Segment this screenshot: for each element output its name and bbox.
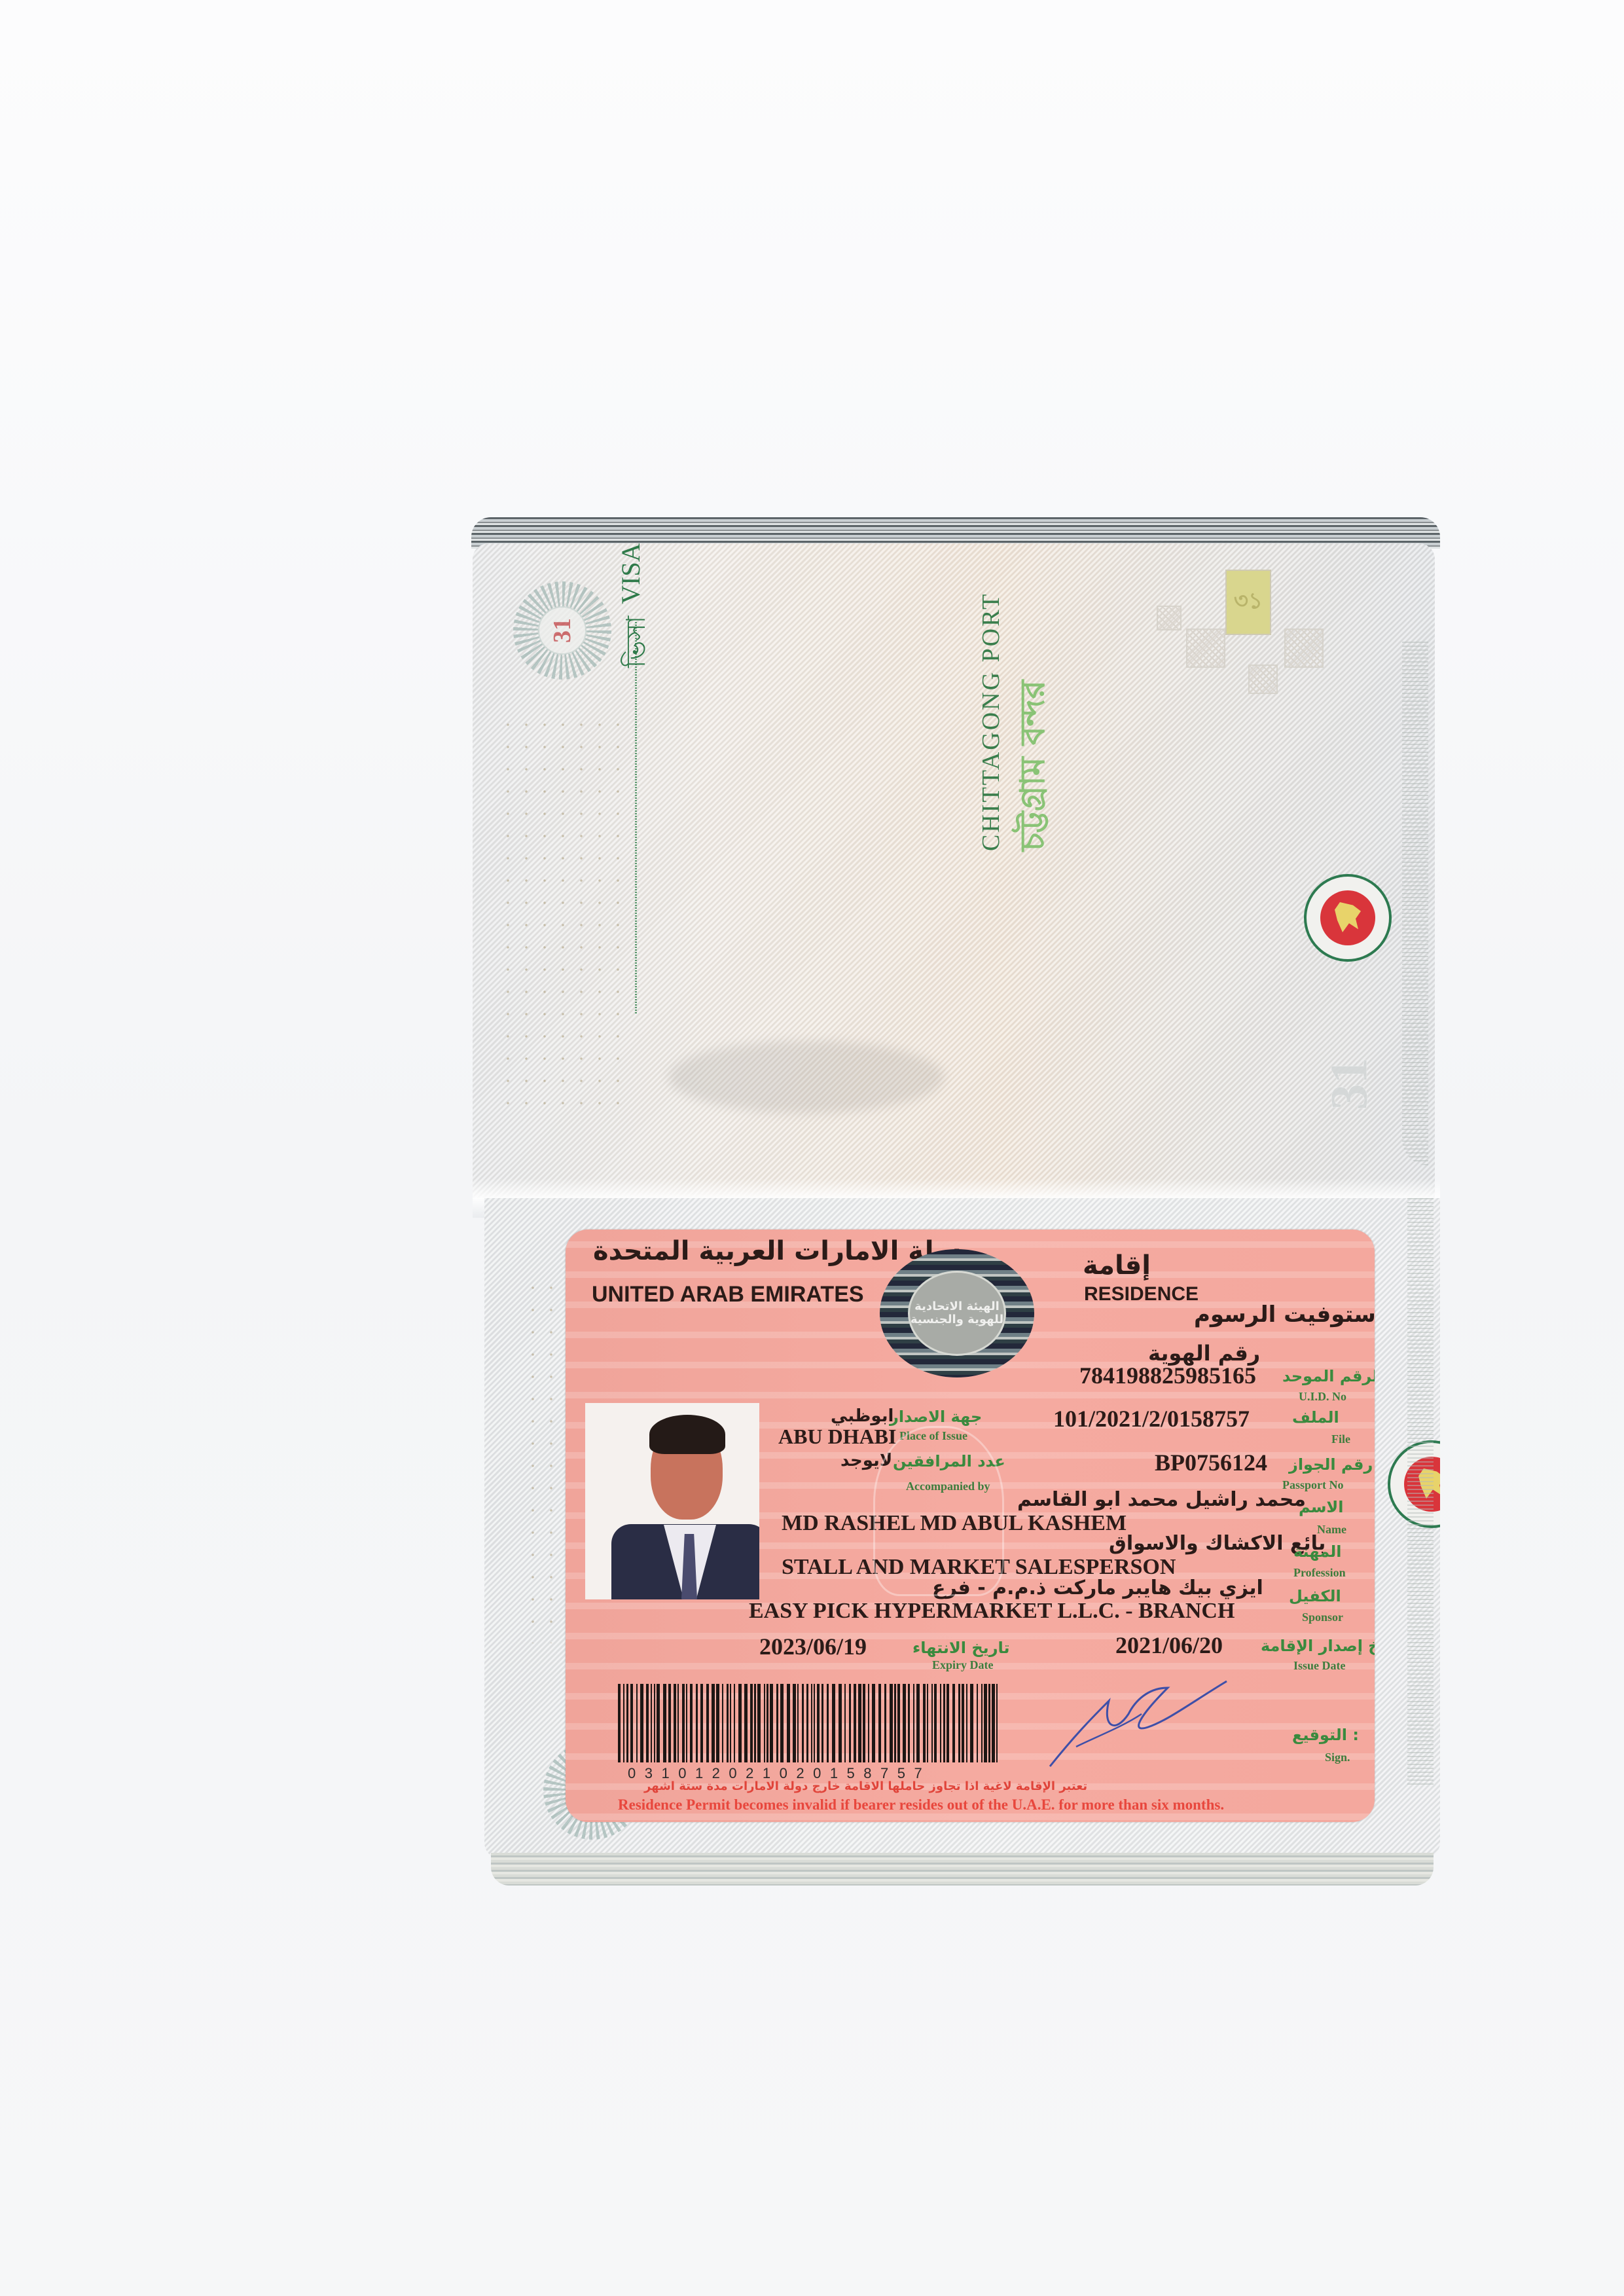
holder-signature [1037, 1675, 1233, 1773]
security-pattern-tile [1186, 629, 1225, 668]
hologram-seal-icon: الهيئة الاتحادية للهوية والجنسية [880, 1249, 1034, 1377]
place-of-issue-label-ar: جهة الاصدار [890, 1408, 982, 1426]
sponsor-value-en: EASY PICK HYPERMARKET L.L.C. - BRANCH [749, 1599, 1235, 1624]
falcon-watermark [873, 1426, 1004, 1596]
sponsor-label-ar: الكفيل [1289, 1587, 1341, 1605]
hologram-text: الهيئة الاتحادية للهوية والجنسية [908, 1271, 1006, 1356]
uid-label-ar: الرقم الموحد [1282, 1367, 1375, 1385]
document-type-en: RESIDENCE [1084, 1283, 1199, 1305]
profession-label-ar: المهنة [1293, 1542, 1342, 1561]
barcode [618, 1684, 998, 1762]
expiry-date-value: 2023/06/19 [759, 1633, 867, 1660]
visas-label-en: VISAS [615, 543, 659, 604]
uae-residence-permit: دولة الامارات العربية المتحدة UNITED ARA… [566, 1230, 1375, 1822]
expiry-date-label-ar: تاريخ الانتهاء [912, 1639, 1010, 1657]
country-name-en: UNITED ARAB EMIRATES [592, 1282, 864, 1307]
file-label-ar: الملف [1292, 1408, 1339, 1427]
validity-warning-ar: تعتبر الإقامة لاغية اذا تجاوز حاملها الا… [644, 1779, 1087, 1793]
name-label-ar: الاسم [1299, 1498, 1344, 1516]
page-number-rosette: 31 [513, 581, 611, 680]
passport-visa-page: 31 ভিসা VISAS CHITTAGONG PORT চট্টগ্রাম … [473, 543, 1435, 1198]
name-value-ar: محمد راشيل محمد ابو القاسم [1017, 1488, 1306, 1511]
issue-date-label-ar: تاريخ إصدار الإقامة [1261, 1637, 1375, 1655]
security-pattern-tile [1284, 629, 1324, 668]
fees-paid-note: استوفيت الرسوم [1194, 1302, 1375, 1328]
port-label-bn: চট্টগ্রাম বন্দর [1006, 680, 1063, 851]
uid-value: 784198825985165 [1079, 1362, 1256, 1389]
holder-photo [585, 1403, 759, 1599]
passport-number-value: BP0756124 [1155, 1449, 1267, 1476]
port-label-en: CHITTAGONG PORT [977, 592, 1005, 851]
passport-label-ar: رقم الجواز [1289, 1455, 1373, 1474]
visas-label-bn: ভিসা [615, 616, 659, 668]
page-number: 31 [548, 618, 577, 643]
place-of-issue-value-en: ABU DHABI [778, 1425, 896, 1449]
issue-date-label-en: Issue Date [1293, 1659, 1346, 1673]
security-microtext-band [1407, 1198, 1434, 1787]
perforation-dots [499, 714, 630, 1120]
security-pattern-tile [1248, 665, 1278, 694]
sponsor-label-en: Sponsor [1302, 1611, 1343, 1624]
corner-page-tab: ৩১ [1225, 570, 1271, 635]
validity-warning-en: Residence Permit becomes invalid if bear… [618, 1796, 1224, 1813]
bangladesh-seal-icon [1304, 874, 1392, 962]
page-edges-bottom [491, 1853, 1434, 1886]
visas-divider-line [635, 622, 637, 1015]
security-pattern-tile [1157, 606, 1182, 630]
country-name-ar: دولة الامارات العربية المتحدة [593, 1236, 964, 1266]
signature-label-ar: التوقيع : [1292, 1726, 1359, 1744]
uid-label-en: U.I.D. No [1299, 1390, 1346, 1404]
file-value: 101/2021/2/0158757 [1053, 1405, 1250, 1432]
profession-label-en: Profession [1293, 1566, 1346, 1580]
ink-smudge [669, 1041, 944, 1113]
signature-label-en: Sign. [1325, 1751, 1350, 1764]
security-microtext-band [1402, 642, 1428, 1165]
visas-section-label: ভিসা VISAS [615, 543, 659, 668]
place-of-issue-value-ar: ابوظبي [831, 1406, 893, 1426]
file-label-en: File [1331, 1432, 1350, 1446]
issue-date-value: 2021/06/20 [1115, 1631, 1223, 1659]
watermark-page-number: 31 [1320, 1058, 1380, 1110]
expiry-date-label-en: Expiry Date [932, 1658, 994, 1672]
document-type-ar: إقامة [1083, 1250, 1151, 1281]
